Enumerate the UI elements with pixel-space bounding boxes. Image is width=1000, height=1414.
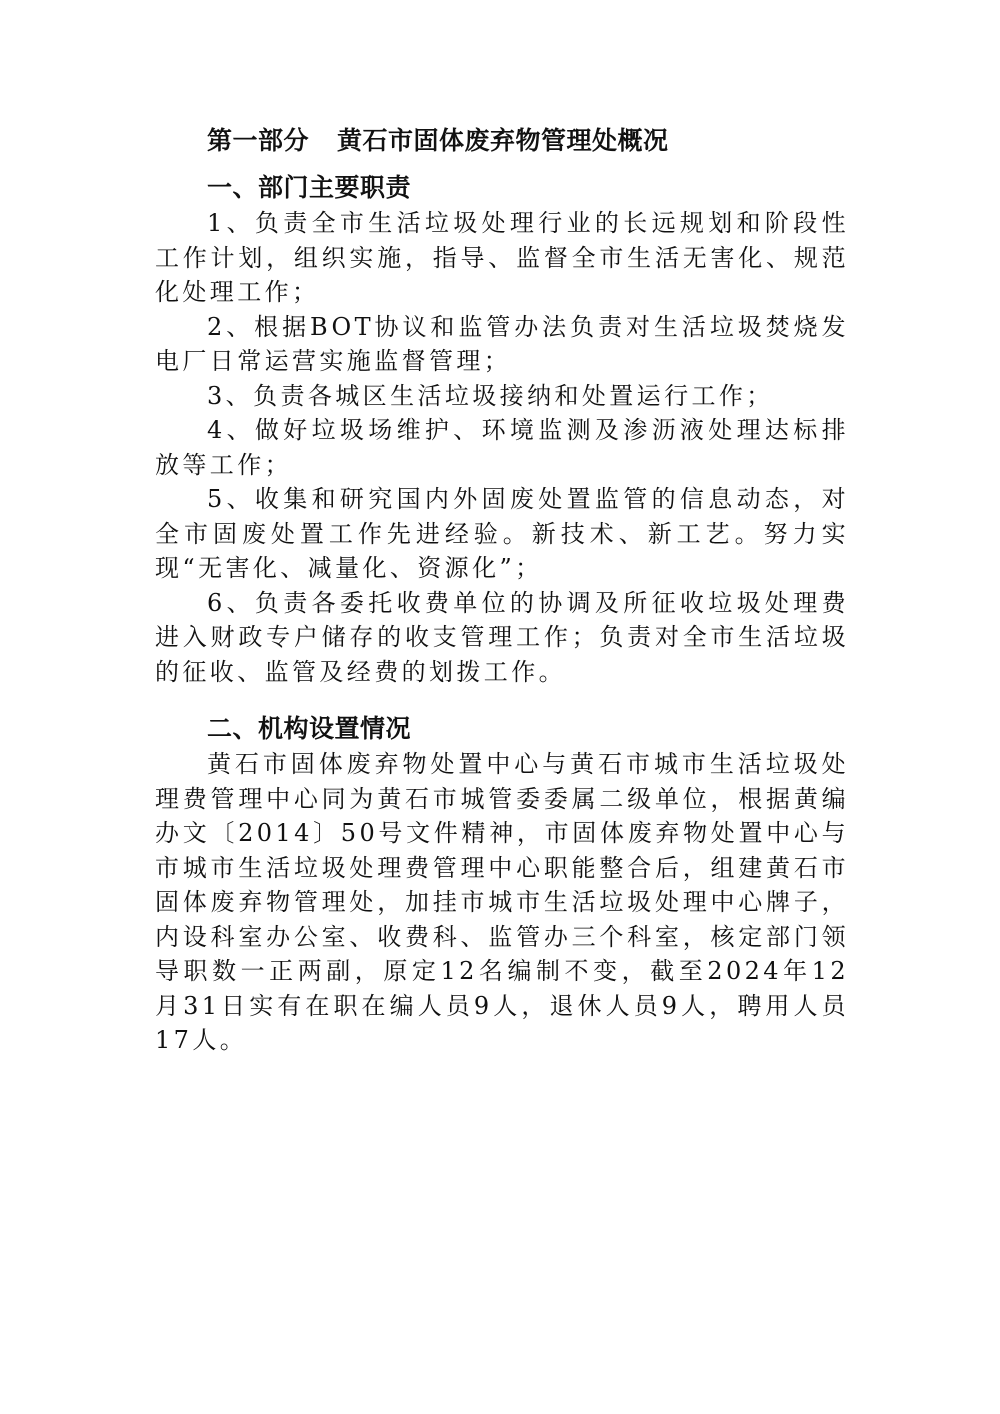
duty-item-3: 3、负责各城区生活垃圾接纳和处置运行工作； <box>155 379 849 414</box>
section1-heading: 一、部门主要职责 <box>207 170 849 206</box>
organization-paragraph: 黄石市固体废弃物处置中心与黄石市城市生活垃圾处理费管理中心同为黄石市城管委委属二… <box>155 747 849 1058</box>
title-text: 黄石市固体废弃物管理处概况 <box>337 126 669 155</box>
duty-item-4: 4、做好垃圾场维护、环境监测及渗沥液处理达标排放等工作； <box>155 413 849 482</box>
duty-item-1: 1、负责全市生活垃圾处理行业的长远规划和阶段性工作计划，组织实施，指导、监督全市… <box>155 206 849 310</box>
duty-item-6: 6、负责各委托收费单位的协调及所征收垃圾处理费进入财政专户储存的收支管理工作；负… <box>155 586 849 690</box>
section2-heading: 二、机构设置情况 <box>207 711 849 747</box>
document-title: 第一部分黄石市固体废弃物管理处概况 <box>207 118 849 164</box>
duty-item-2: 2、根据BOT协议和监管办法负责对生活垃圾焚烧发电厂日常运营实施监督管理； <box>155 310 849 379</box>
title-part: 第一部分 <box>207 126 309 155</box>
duty-item-5: 5、收集和研究国内外固废处置监管的信息动态，对全市固废处置工作先进经验。新技术、… <box>155 482 849 586</box>
document-page: 第一部分黄石市固体废弃物管理处概况 一、部门主要职责 1、负责全市生活垃圾处理行… <box>155 118 849 1058</box>
